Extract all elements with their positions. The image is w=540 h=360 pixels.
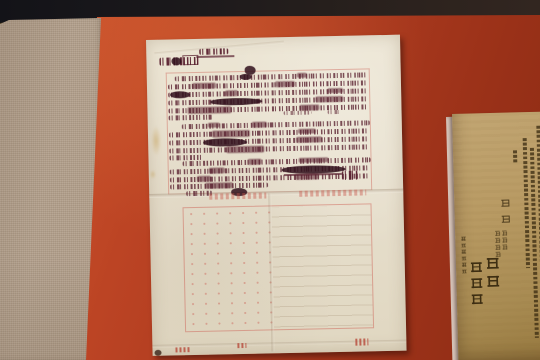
handwritten-manuscript xyxy=(146,35,407,356)
paper-stain xyxy=(150,170,156,179)
annotation-scribble xyxy=(199,48,228,55)
band xyxy=(327,88,343,93)
cjk-glyph xyxy=(486,257,499,270)
hl xyxy=(284,111,312,116)
letterpaper-dot-grid xyxy=(185,207,274,330)
band xyxy=(296,136,322,143)
red-stamp-faint xyxy=(209,193,266,200)
band xyxy=(297,73,307,78)
red-stamp-faint xyxy=(299,189,366,196)
cjk-glyph xyxy=(470,261,482,273)
cjk-glyph xyxy=(461,237,466,242)
ink-dot xyxy=(154,350,161,356)
band xyxy=(212,130,250,138)
cjk-glyph xyxy=(461,243,466,248)
body-text-column xyxy=(513,150,517,163)
cjk-glyph xyxy=(486,275,499,288)
letterpaper-rule-lines xyxy=(272,205,374,328)
red-annotation xyxy=(355,338,368,345)
cjk-glyph xyxy=(471,293,483,305)
signoff-scribble xyxy=(342,171,358,180)
cjk-glyph xyxy=(502,231,507,236)
band xyxy=(275,81,295,87)
band xyxy=(315,96,343,103)
museum-display-photo xyxy=(0,0,540,360)
signature-name-luo-ronghuan xyxy=(470,261,483,309)
cjk-glyph xyxy=(462,269,467,274)
cjk-glyph xyxy=(502,245,507,250)
band xyxy=(208,122,220,127)
paper-stain xyxy=(151,126,162,156)
hl xyxy=(328,110,342,114)
cjk-glyph xyxy=(495,245,500,250)
band xyxy=(295,173,319,180)
annotation-underline xyxy=(196,55,234,58)
order-label xyxy=(501,199,511,231)
title-blot xyxy=(171,57,181,65)
cjk-glyph xyxy=(462,250,467,255)
band xyxy=(187,106,231,114)
signature-name-lin-biao xyxy=(486,257,500,293)
band xyxy=(209,167,225,173)
red-annotation xyxy=(237,343,246,348)
cjk-glyph xyxy=(470,277,482,289)
cjk-glyph xyxy=(502,214,511,223)
hl xyxy=(169,155,203,161)
cjk-glyph xyxy=(495,238,500,243)
band xyxy=(248,159,262,165)
red-annotation xyxy=(175,347,191,352)
band xyxy=(192,83,216,90)
cjk-glyph xyxy=(462,263,467,268)
cjk-glyph xyxy=(462,256,467,261)
cjk-glyph xyxy=(502,238,507,243)
body-text-column xyxy=(523,138,530,268)
hl xyxy=(169,115,213,121)
printed-order-document xyxy=(452,112,540,360)
signature-title-commander xyxy=(502,231,508,252)
band xyxy=(299,157,329,163)
cjk-glyph xyxy=(495,231,500,236)
band xyxy=(226,146,264,154)
cjk-glyph xyxy=(501,199,510,208)
band xyxy=(252,121,267,127)
signature-title-commissar xyxy=(495,231,501,259)
band xyxy=(225,90,238,96)
small-text-column-illegible xyxy=(461,237,467,276)
band xyxy=(205,182,233,189)
band xyxy=(197,176,211,182)
title-box xyxy=(182,55,198,65)
band xyxy=(298,128,316,133)
